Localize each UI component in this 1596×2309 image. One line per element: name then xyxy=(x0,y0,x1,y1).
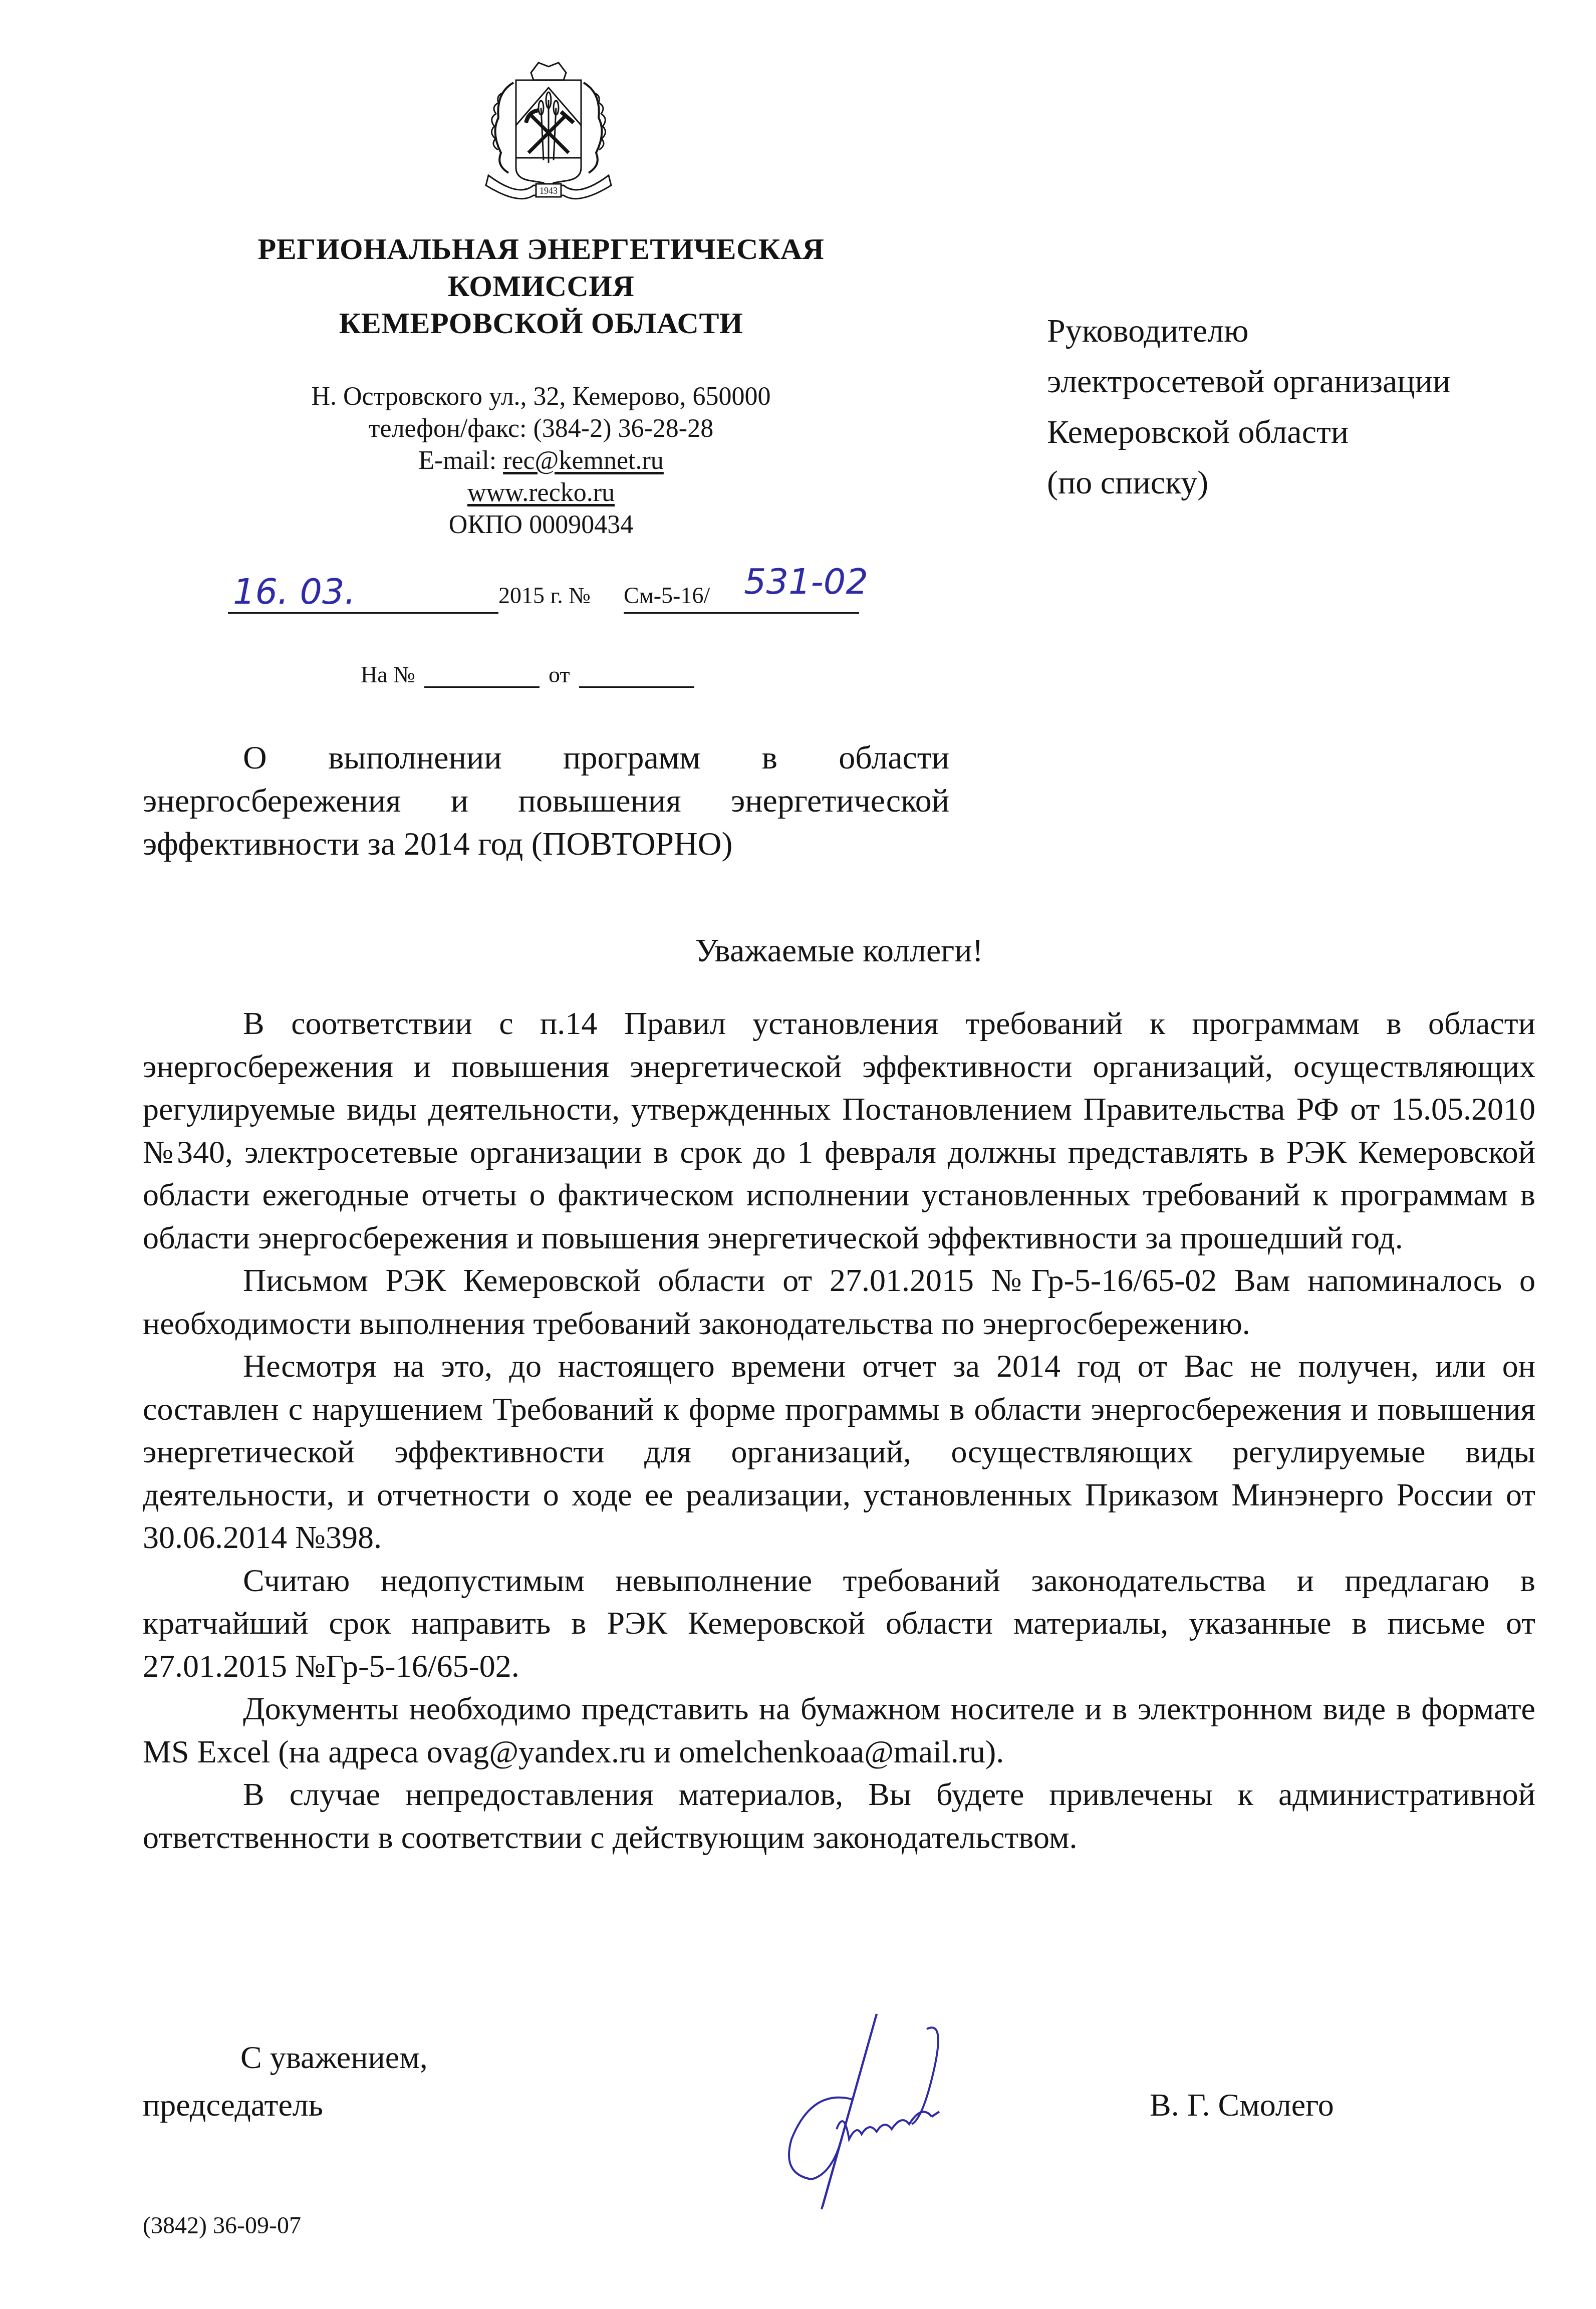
addressee-line: Кемеровской области xyxy=(1047,407,1548,457)
reply-number-blank xyxy=(424,666,540,688)
org-name-line: КЕМЕРОВСКОЙ ОБЛАСТИ xyxy=(190,305,892,342)
org-name-line: КОМИССИЯ xyxy=(190,268,892,305)
body-paragraph: В соответствии с п.14 Правил установлени… xyxy=(143,1002,1535,1259)
closing-phrase: С уважением, xyxy=(240,2039,428,2076)
subject-line: О выполнении программ в области xyxy=(143,736,949,780)
reply-number-label: На № xyxy=(361,662,415,687)
org-email-row: E-mail: rec@kemnet.ru xyxy=(190,445,892,477)
body-paragraph: В случае непредоставления материалов, Вы… xyxy=(143,1773,1535,1859)
org-website-row: www.recko.ru xyxy=(190,477,892,509)
signer-position: председатель xyxy=(143,2087,323,2124)
handwritten-date: 16. 03. xyxy=(233,571,356,612)
body-paragraph: Письмом РЭК Кемеровской области от 27.01… xyxy=(143,1259,1535,1345)
letter-subject: О выполнении программ в области энергосб… xyxy=(143,736,949,866)
addressee-block: Руководителю электросетевой организации … xyxy=(1047,306,1548,508)
salutation: Уважаемые коллеги! xyxy=(143,932,1535,970)
body-paragraph: Считаю недопустимым невыполнение требова… xyxy=(143,1559,1535,1688)
organization-contacts: Н. Островского ул., 32, Кемерово, 650000… xyxy=(190,381,892,541)
org-name-line: РЕГИОНАЛЬНАЯ ЭНЕРГЕТИЧЕСКАЯ xyxy=(190,230,892,268)
org-phone-fax: телефон/факс: (384-2) 36-28-28 xyxy=(190,413,892,445)
addressee-line: электросетевой организации xyxy=(1047,356,1548,407)
website-link[interactable]: www.recko.ru xyxy=(467,478,615,507)
year-label: 2015 г. № xyxy=(498,582,591,609)
kemerovo-coat-of-arms-icon: 1943 xyxy=(468,53,629,203)
handwritten-signature-icon xyxy=(711,2009,1062,2219)
date-underline xyxy=(228,612,498,614)
org-address: Н. Островского ул., 32, Кемерово, 650000 xyxy=(190,381,892,413)
reply-date-blank xyxy=(579,666,694,688)
handwritten-number: 531-02 xyxy=(744,561,868,602)
body-paragraph: Документы необходимо представить на бума… xyxy=(143,1687,1535,1773)
organization-name: РЕГИОНАЛЬНАЯ ЭНЕРГЕТИЧЕСКАЯ КОМИССИЯ КЕМ… xyxy=(190,230,892,342)
subject-line: энергосбережения и повышения энергетичес… xyxy=(143,783,949,862)
email-link[interactable]: rec@kemnet.ru xyxy=(503,446,664,475)
email-label: E-mail: xyxy=(418,446,503,475)
addressee-line: Руководителю xyxy=(1047,306,1548,356)
letter-body: В соответствии с п.14 Правил установлени… xyxy=(143,1002,1535,1859)
body-paragraph: Несмотря на это, до настоящего времени о… xyxy=(143,1345,1535,1559)
registration-line: 16. 03. 2015 г. № См-5-16/ 531-02 xyxy=(228,576,909,616)
org-okpo: ОКПО 00090434 xyxy=(190,509,892,541)
contact-phone: (3842) 36-09-07 xyxy=(143,2212,301,2239)
number-prefix: См-5-16/ xyxy=(624,582,710,609)
number-underline xyxy=(624,612,859,614)
svg-text:1943: 1943 xyxy=(540,186,558,196)
addressee-line: (по списку) xyxy=(1047,457,1548,508)
reply-from-label: от xyxy=(549,662,570,687)
reply-reference: На №от xyxy=(361,661,812,688)
signer-name: В. Г. Смолего xyxy=(1150,2087,1334,2124)
